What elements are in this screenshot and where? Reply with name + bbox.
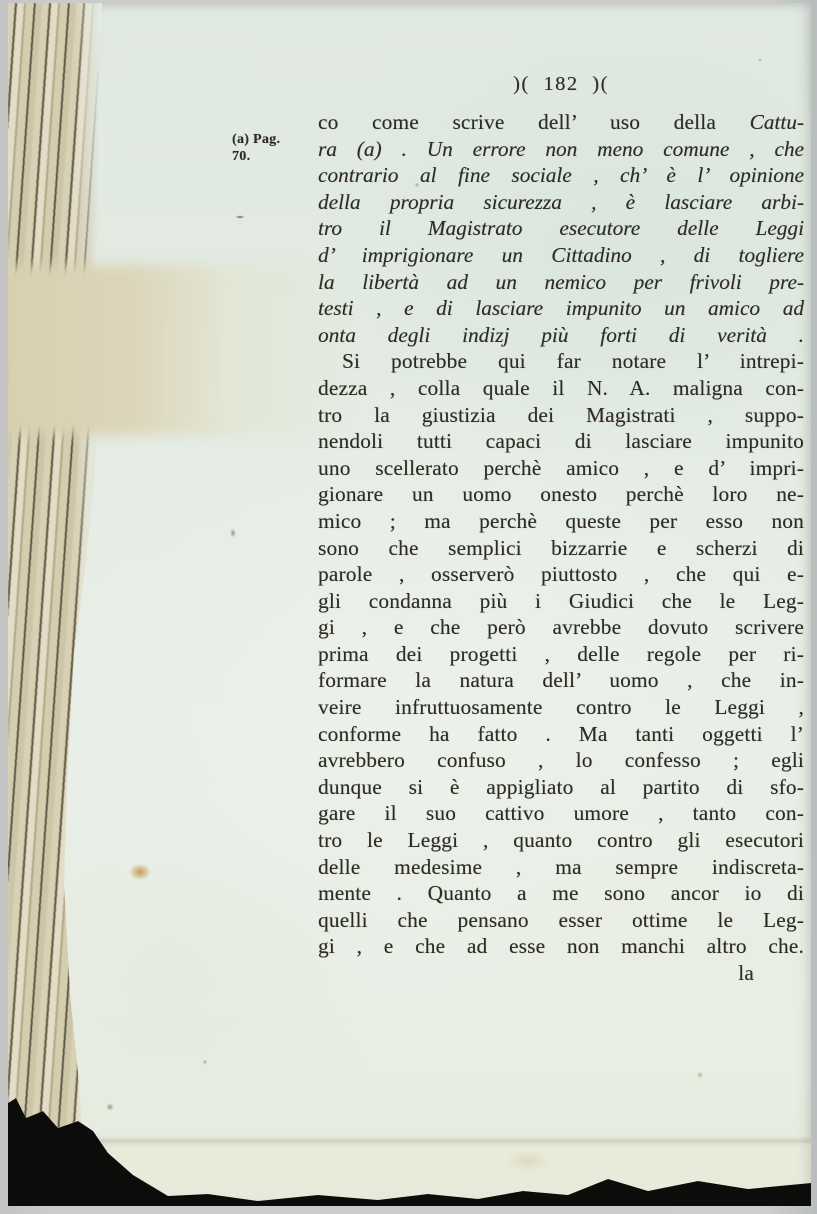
text-line: onta degli indizj più forti di verità . [318,322,804,349]
roman-text-segment: veire infruttuosamente contro le Leggi , [318,695,804,719]
roman-text-segment: mente . Quanto a me sono ancor io di [318,881,804,905]
italic-text-segment: della propria sicurezza , è lasciare arb… [318,190,804,214]
text-line: conforme ha fatto . Ma tanti oggetti l’ [318,721,804,748]
roman-text-segment: formare la natura dell’ uomo , che in- [318,668,804,692]
footnote-ref-label: (a) Pag. [232,132,320,149]
roman-text-segment: nendoli tutti capaci di lasciare impunit… [318,429,804,453]
roman-text-segment: delle medesime , ma sempre indiscreta- [318,855,804,879]
text-line: veire infruttuosamente contro le Leggi , [318,694,804,721]
text-line: gionare un uomo onesto perchè loro ne- [318,481,804,508]
text-line: d’ imprigionare un Cittadino , di toglie… [318,242,804,269]
roman-text-segment: sono che semplici bizzarrie e scherzi di [318,536,804,560]
text-line: Si potrebbe qui far notare l’ intrepi- [318,348,804,375]
text-line: dezza , colla quale il N. A. maligna con… [318,375,804,402]
text-line: avrebbero confuso , lo confesso ; egli [318,747,804,774]
text-line: contrario al fine sociale , ch’ è l’ opi… [318,162,804,189]
roman-text-segment: gare il suo cattivo umore , tanto con- [318,801,804,825]
text-line: delle medesime , ma sempre indiscreta- [318,854,804,881]
text-line: gare il suo cattivo umore , tanto con- [318,800,804,827]
text-line: testi , e di lasciare impunito un amico … [318,295,804,322]
roman-text-segment: dunque si è appigliato al partito di sfo… [318,775,804,799]
book-page-scan: )( 182 )( (a) Pag. 70. co come scrive de… [0,0,817,1214]
text-line: dunque si è appigliato al partito di sfo… [318,774,804,801]
italic-text-segment: tro il Magistrato esecutore delle Leggi [318,216,804,240]
roman-text-segment: mico ; ma perchè queste per esso non [318,509,804,533]
roman-text-segment: avrebbero confuso , lo confesso ; egli [318,748,804,772]
italic-text-segment: la libertà ad un nemico per frivoli pre- [318,270,804,294]
footnote-ref-page: 70. [232,149,320,166]
text-line: tro le Leggi , quanto contro gli esecuto… [318,827,804,854]
footnote-margin-reference: (a) Pag. 70. [232,132,320,165]
text-line: della propria sicurezza , è lasciare arb… [318,189,804,216]
roman-text-segment: tro le Leggi , quanto contro gli esecuto… [318,828,804,852]
roman-text-segment: Si potrebbe qui far notare l’ intrepi- [342,349,804,373]
text-line: sono che semplici bizzarrie e scherzi di [318,535,804,562]
roman-text-segment: parole , osserverò piuttosto , che qui e… [318,562,804,586]
text-line: ra (a) . Un errore non meno comune , che [318,136,804,163]
text-line: tro la giustizia dei Magistrati , suppo- [318,402,804,429]
roman-text-segment: quelli che pensano esser ottime le Leg- [318,908,804,932]
text-column: co come scrive dell’ uso della Cattu-ra … [318,109,804,987]
roman-text-segment: gionare un uomo onesto perchè loro ne- [318,482,804,506]
roman-text-segment: tro la giustizia dei Magistrati , suppo- [318,403,804,427]
roman-text-segment: conforme ha fatto . Ma tanti oggetti l’ [318,722,804,746]
italic-text-segment: Cattu- [750,110,804,134]
roman-text-segment: gli condanna più i Giudici che le Leg- [318,589,804,613]
roman-text-segment: dezza , colla quale il N. A. maligna con… [318,376,804,400]
text-line: co come scrive dell’ uso della Cattu- [318,109,804,136]
roman-text-segment: co come scrive dell’ uso della [318,110,750,134]
text-line: gi , e che ad esse non manchi altro che. [318,933,804,960]
text-line: mico ; ma perchè queste per esso non [318,508,804,535]
italic-text-segment: d’ imprigionare un Cittadino , di toglie… [318,243,804,267]
italic-text-segment: testi , e di lasciare impunito un amico … [318,296,804,320]
text-line: gli condanna più i Giudici che le Leg- [318,588,804,615]
text-line: uno scellerato perchè amico , e d’ impri… [318,455,804,482]
roman-text-segment: uno scellerato perchè amico , e d’ impri… [318,456,804,480]
body-text: co come scrive dell’ uso della Cattu-ra … [318,109,804,960]
italic-text-segment: ra (a) . Un errore non meno comune , che [318,137,804,161]
text-line: quelli che pensano esser ottime le Leg- [318,907,804,934]
text-line: formare la natura dell’ uomo , che in- [318,667,804,694]
italic-text-segment: contrario al fine sociale , ch’ è l’ opi… [318,163,804,187]
catchword: la [318,960,804,987]
text-line: tro il Magistrato esecutore delle Leggi [318,215,804,242]
printed-content: )( 182 )( (a) Pag. 70. co come scrive de… [8,3,811,1206]
roman-text-segment: gi , e che però avrebbe dovuto scrivere [318,615,804,639]
text-line: nendoli tutti capaci di lasciare impunit… [318,428,804,455]
roman-text-segment: gi , e che ad esse non manchi altro che. [318,934,804,958]
paper-page: )( 182 )( (a) Pag. 70. co come scrive de… [8,3,811,1206]
text-line: mente . Quanto a me sono ancor io di [318,880,804,907]
text-line: parole , osserverò piuttosto , che qui e… [318,561,804,588]
italic-text-segment: onta degli indizj più forti di verità . [318,323,804,347]
text-line: la libertà ad un nemico per frivoli pre- [318,269,804,296]
roman-text-segment: prima dei progetti , delle regole per ri… [318,642,804,666]
page-number-header: )( 182 )( [318,73,804,96]
text-line: gi , e che però avrebbe dovuto scrivere [318,614,804,641]
text-line: prima dei progetti , delle regole per ri… [318,641,804,668]
